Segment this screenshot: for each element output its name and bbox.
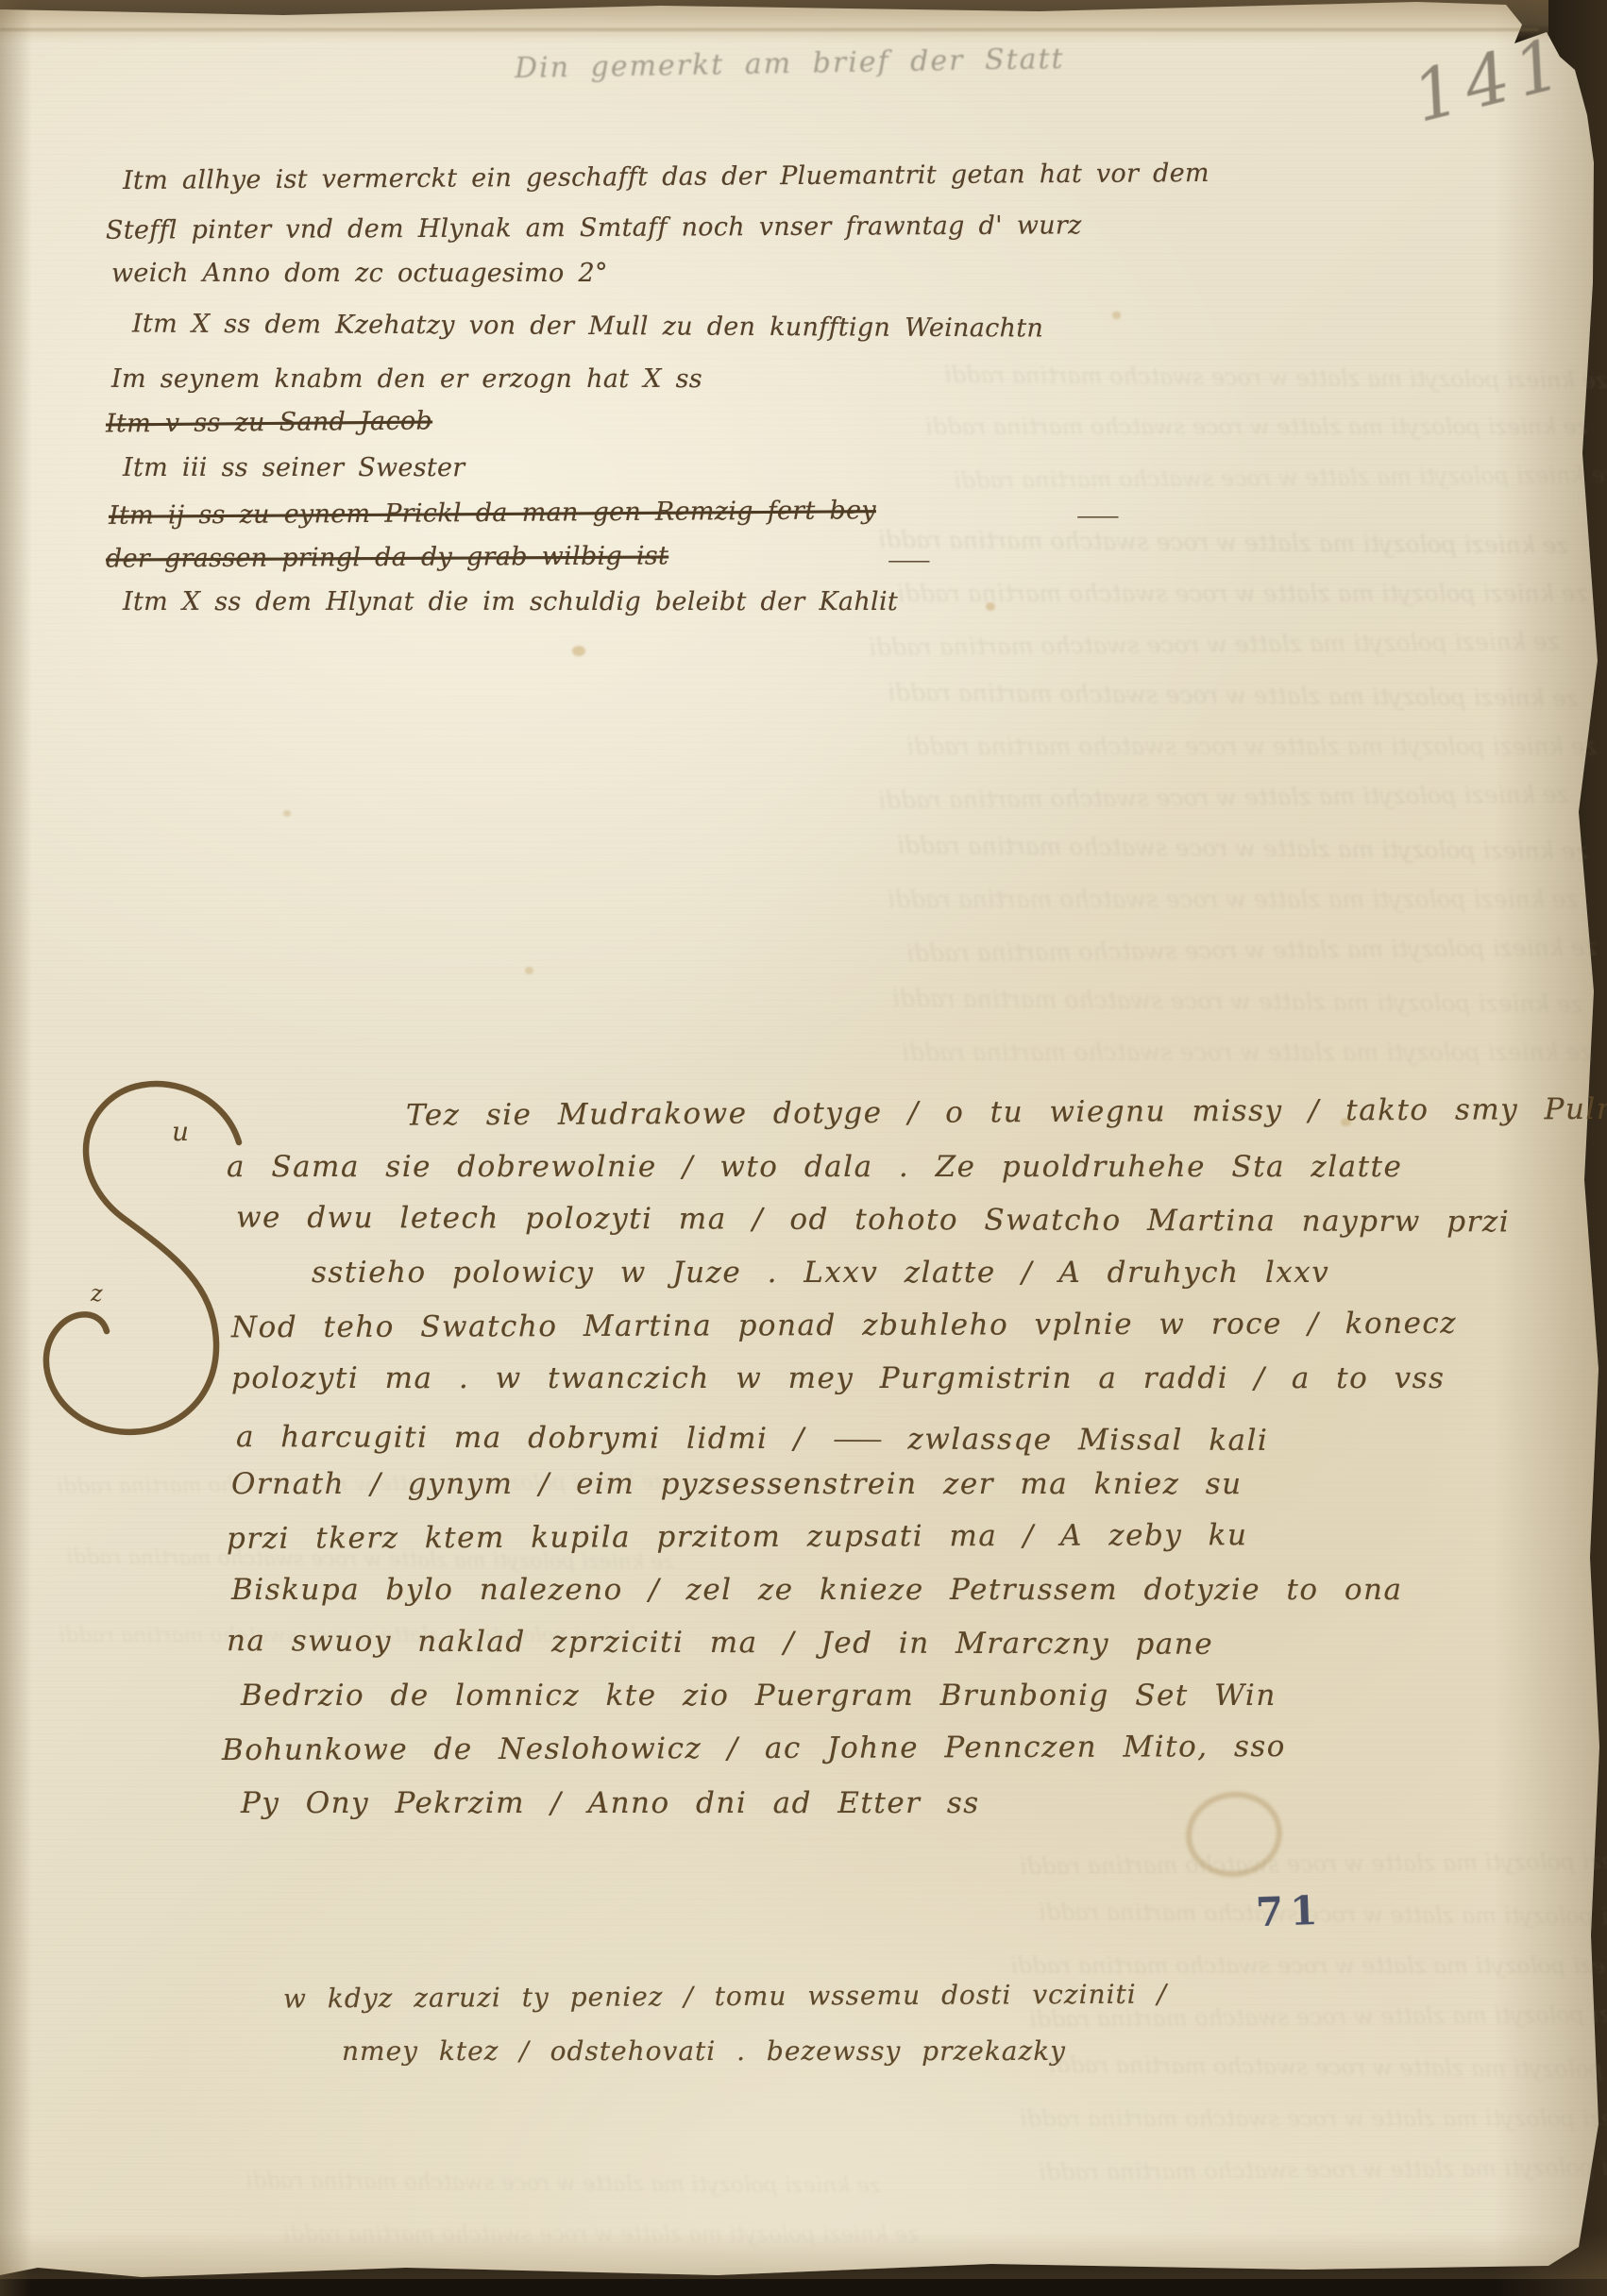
manuscript-line: w kdyz zaruzi ty peniez / tomu wssemu do… — [283, 1979, 1167, 2015]
stamped-folio-number: 71 — [1255, 1887, 1325, 1935]
manuscript-line: Itm iii ss seiner Swester — [123, 453, 465, 482]
manuscript-line-struck: Itm v ss zu Sand Jacob — [106, 406, 432, 438]
manuscript-line: weich Anno dom zc octuagesimo 2° — [111, 259, 608, 288]
manuscript-line: a harcugiti ma dobrymi lidmi / ⸺ zwlassq… — [236, 1412, 1269, 1459]
manuscript-line: sstieho polowicy w Juze . Lxxv zlatte / … — [312, 1256, 1329, 1290]
manuscript-line: Im seynem knabm den er erzogn hat X ss — [111, 364, 702, 394]
manuscript-line: Nod teho Swatcho Martina ponad zbuhleho … — [231, 1307, 1457, 1345]
manuscript-line: Bedrzio de lomnicz kte zio Puergram Brun… — [241, 1679, 1277, 1713]
manuscript-line: polozyti ma . w twanczich w mey Purgmist… — [231, 1361, 1445, 1395]
manuscript-line-struck: Itm ij ss zu eynem Prickl da man gen Rem… — [109, 496, 876, 531]
manuscript-line: na swuoy naklad zprziciti ma / Jed in Mr… — [227, 1624, 1213, 1662]
manuscript-line: Tez sie Mudrakowe dotyge / o tu wiegnu m… — [406, 1091, 1607, 1132]
flourished-initial-s — [14, 1059, 250, 1465]
manuscript-line-struck: der grassen pringl da dy grab wilbig ist — [106, 541, 668, 573]
manuscript-line: nmey ktez / odstehovati . bezewssy przek… — [342, 2035, 1066, 2067]
manuscript-line: Biskupa bylo nalezeno / zel ze knieze Pe… — [231, 1573, 1403, 1607]
manuscript-line: Ornath / gynym / eim pyzsessenstrein zer… — [231, 1467, 1243, 1501]
margin-mark-u: u — [172, 1116, 189, 1147]
manuscript-line: Steffl pinter vnd dem Hlynak am Smtaff n… — [106, 211, 1082, 245]
manuscript-line: Itm X ss dem Kzehatzy von der Mull zu de… — [132, 309, 1043, 343]
manuscript-line: Itm X ss dem Hlynat die im schuldig bele… — [123, 587, 898, 616]
manuscript-line: Bohunkowe de Neslohowicz / ac Johne Penn… — [222, 1730, 1286, 1767]
filler-dash: ⸺ — [888, 539, 929, 576]
manuscript-line: a Sama sie dobrewolnie / wto dala . Ze p… — [227, 1150, 1402, 1184]
filler-dash: ⸺ — [1076, 495, 1118, 532]
manuscript-line: przi tkerz ktem kupila przitom zupsati m… — [227, 1518, 1248, 1556]
manuscript-line: Py Ony Pekrzim / Anno dni ad Etter ss — [241, 1786, 980, 1820]
manuscript-scan: Din gemerkt am brief der Statt 141 Itm a… — [0, 0, 1607, 2296]
manuscript-line: we dwu letech polozyti ma / od tohoto Sw… — [236, 1201, 1510, 1240]
margin-mark-z: z — [91, 1280, 103, 1307]
